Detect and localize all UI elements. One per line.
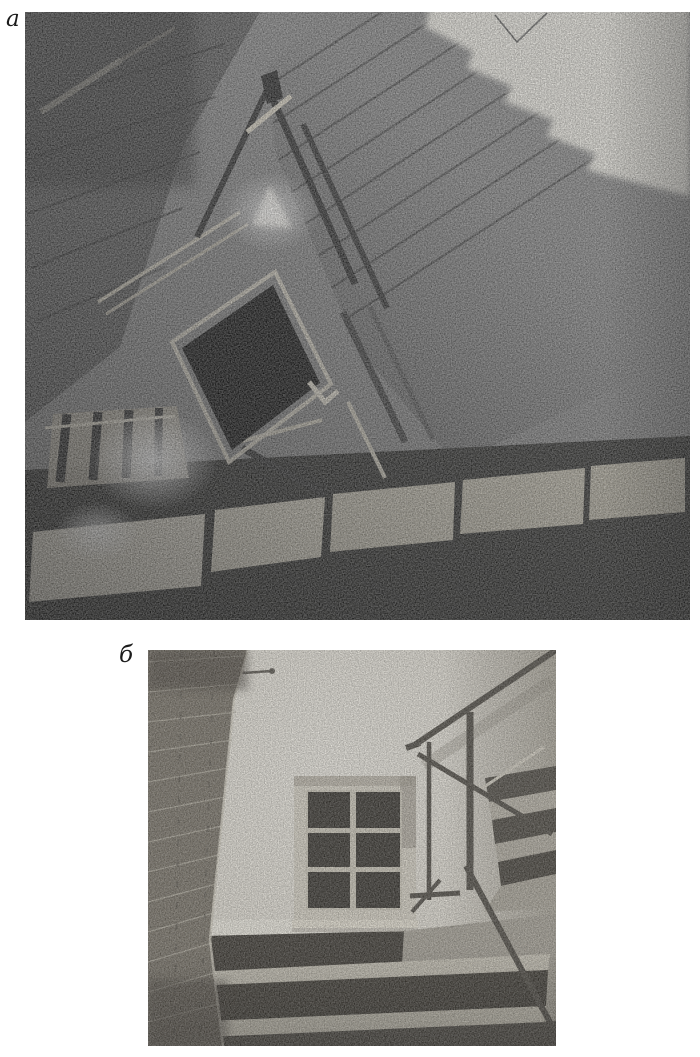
stairwell-photo-graphic bbox=[25, 12, 690, 620]
scanned-page: а bbox=[0, 0, 700, 1057]
figure-label-b: б bbox=[119, 644, 133, 667]
photo-b-stair-landing bbox=[148, 650, 556, 1046]
photo-a-stairwell-top-view bbox=[25, 12, 690, 620]
figure-label-a: а bbox=[6, 8, 20, 31]
landing-photo-graphic bbox=[148, 650, 556, 1046]
